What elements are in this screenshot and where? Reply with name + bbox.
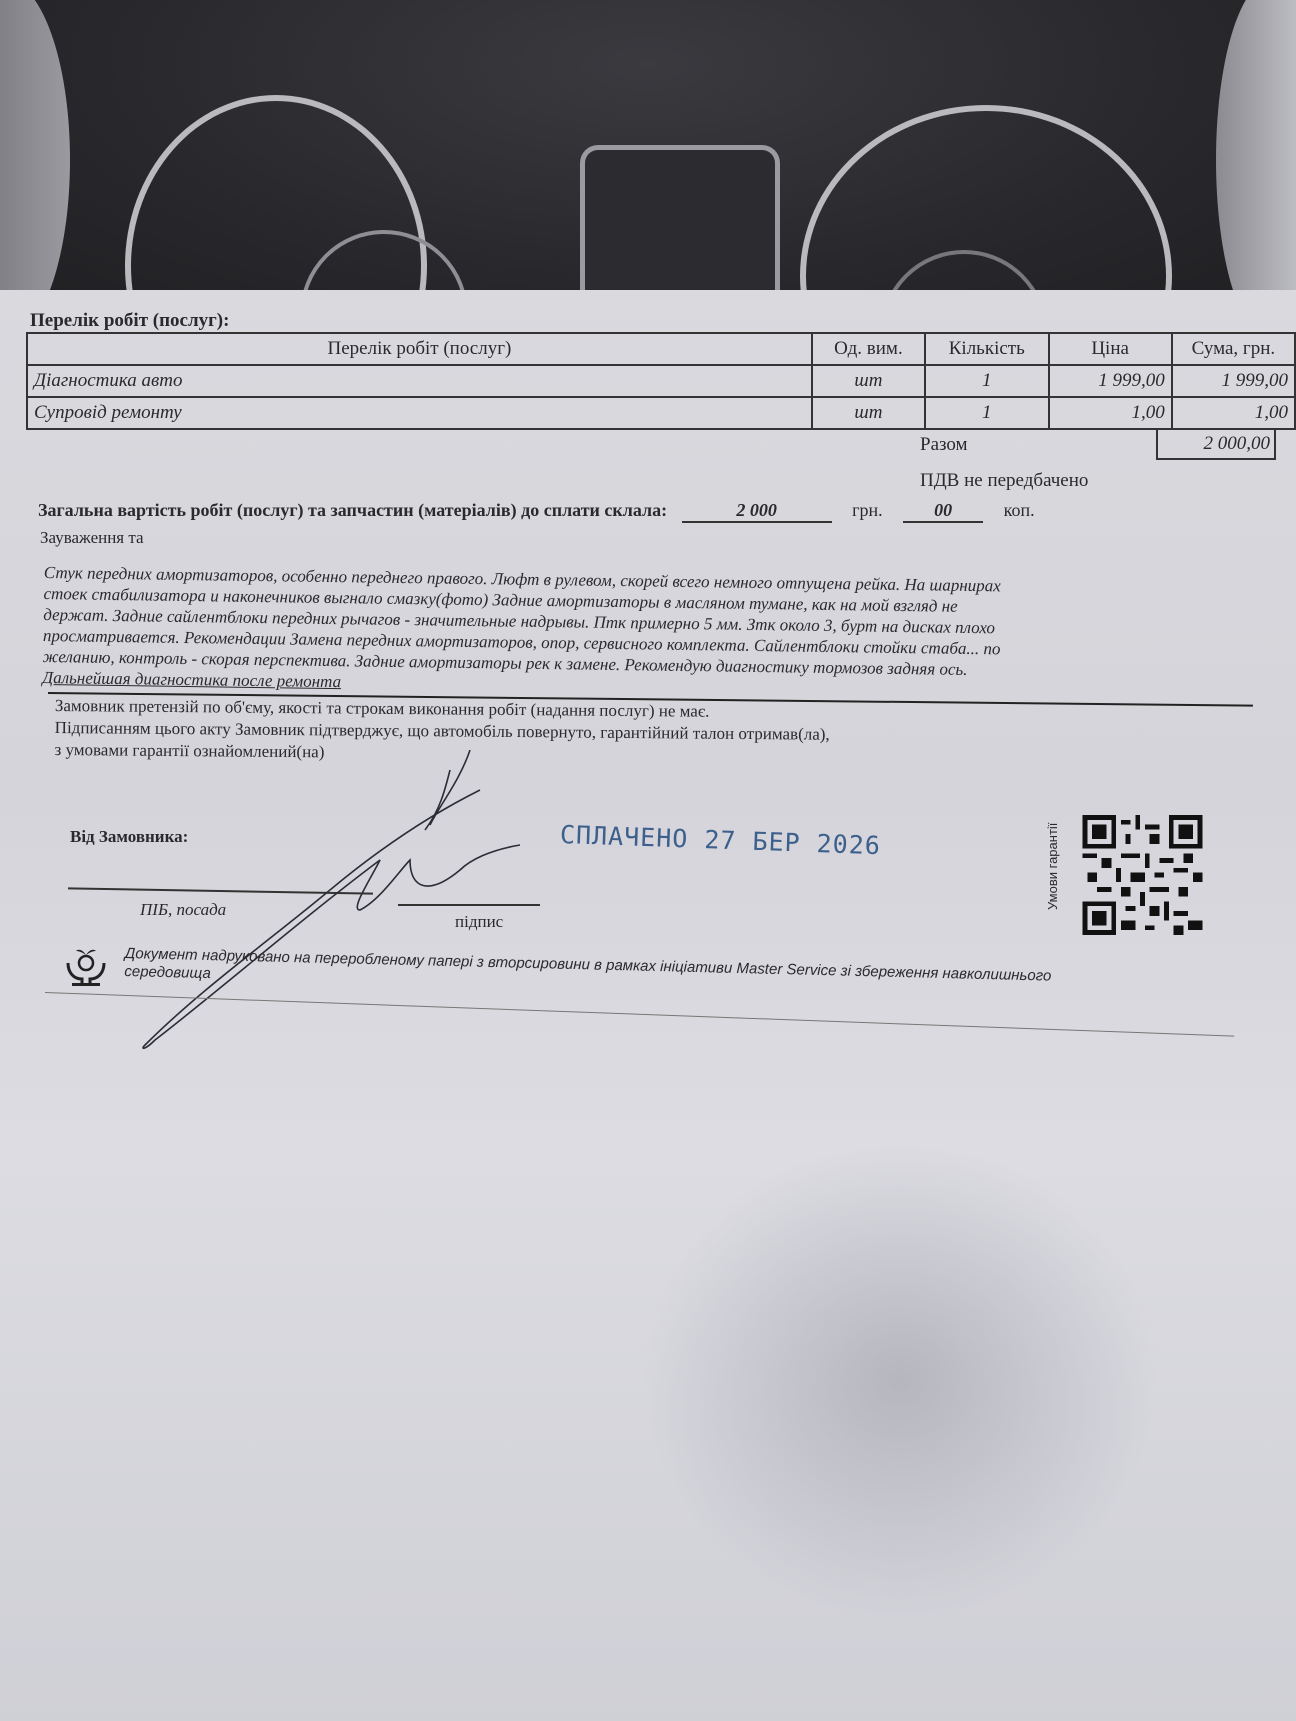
vat-note: ПДВ не передбачено — [920, 470, 1088, 492]
total-value: 2 000,00 — [1156, 430, 1276, 460]
recycled-paper-hands-icon — [62, 945, 110, 987]
service-unit: шт — [812, 397, 925, 429]
service-sum: 1,00 — [1172, 397, 1295, 429]
service-name: Діагностика авто — [27, 365, 812, 397]
qr-code-icon[interactable] — [1080, 815, 1205, 935]
grand-total-uah: 2 000 — [682, 500, 832, 523]
service-qty: 1 — [925, 365, 1049, 397]
remarks-text: Стук передних амортизаторов, особенно пе… — [42, 562, 1259, 705]
header-sum: Сума, грн. — [1172, 333, 1295, 365]
service-price: 1 999,00 — [1049, 365, 1172, 397]
table-header-row: Перелік робіт (послуг) Од. вим. Кількіст… — [27, 333, 1295, 365]
table-row: Супровід ремонту шт 1 1,00 1,00 — [27, 397, 1295, 429]
car-dashboard-background — [0, 0, 1296, 320]
header-unit: Од. вим. — [812, 333, 925, 365]
service-price: 1,00 — [1049, 397, 1172, 429]
service-unit: шт — [812, 365, 925, 397]
grand-total-label: Загальна вартість робіт (послуг) та запч… — [38, 500, 667, 520]
services-table: Перелік робіт (послуг) Од. вим. Кількіст… — [26, 332, 1296, 430]
header-qty: Кількість — [925, 333, 1049, 365]
remarks-label: Зауваження та — [40, 528, 144, 548]
table-row: Діагностика авто шт 1 1 999,00 1 999,00 — [27, 365, 1295, 397]
header-services: Перелік робіт (послуг) — [27, 333, 812, 365]
kop-unit: коп. — [1004, 500, 1035, 520]
grand-total: Загальна вартість робіт (послуг) та запч… — [38, 500, 1035, 523]
steering-wheel-right — [1216, 0, 1296, 320]
total-label: Разом — [920, 434, 968, 456]
handwritten-signature — [140, 750, 560, 1050]
service-sum: 1 999,00 — [1172, 365, 1295, 397]
service-name: Супровід ремонту — [27, 397, 812, 429]
center-display — [580, 145, 780, 310]
qr-caption: Умови гарантії — [1045, 823, 1060, 910]
section-title: Перелік робіт (послуг): — [30, 310, 229, 332]
uah-unit: грн. — [852, 500, 883, 520]
service-qty: 1 — [925, 397, 1049, 429]
service-act-document: Перелік робіт (послуг): Перелік робіт (п… — [0, 290, 1296, 1721]
steering-wheel-left — [0, 0, 70, 320]
paid-stamp: СПЛАЧЕНО 27 БЕР 2026 — [559, 820, 881, 860]
header-price: Ціна — [1049, 333, 1172, 365]
grand-total-kop: 00 — [903, 500, 983, 523]
